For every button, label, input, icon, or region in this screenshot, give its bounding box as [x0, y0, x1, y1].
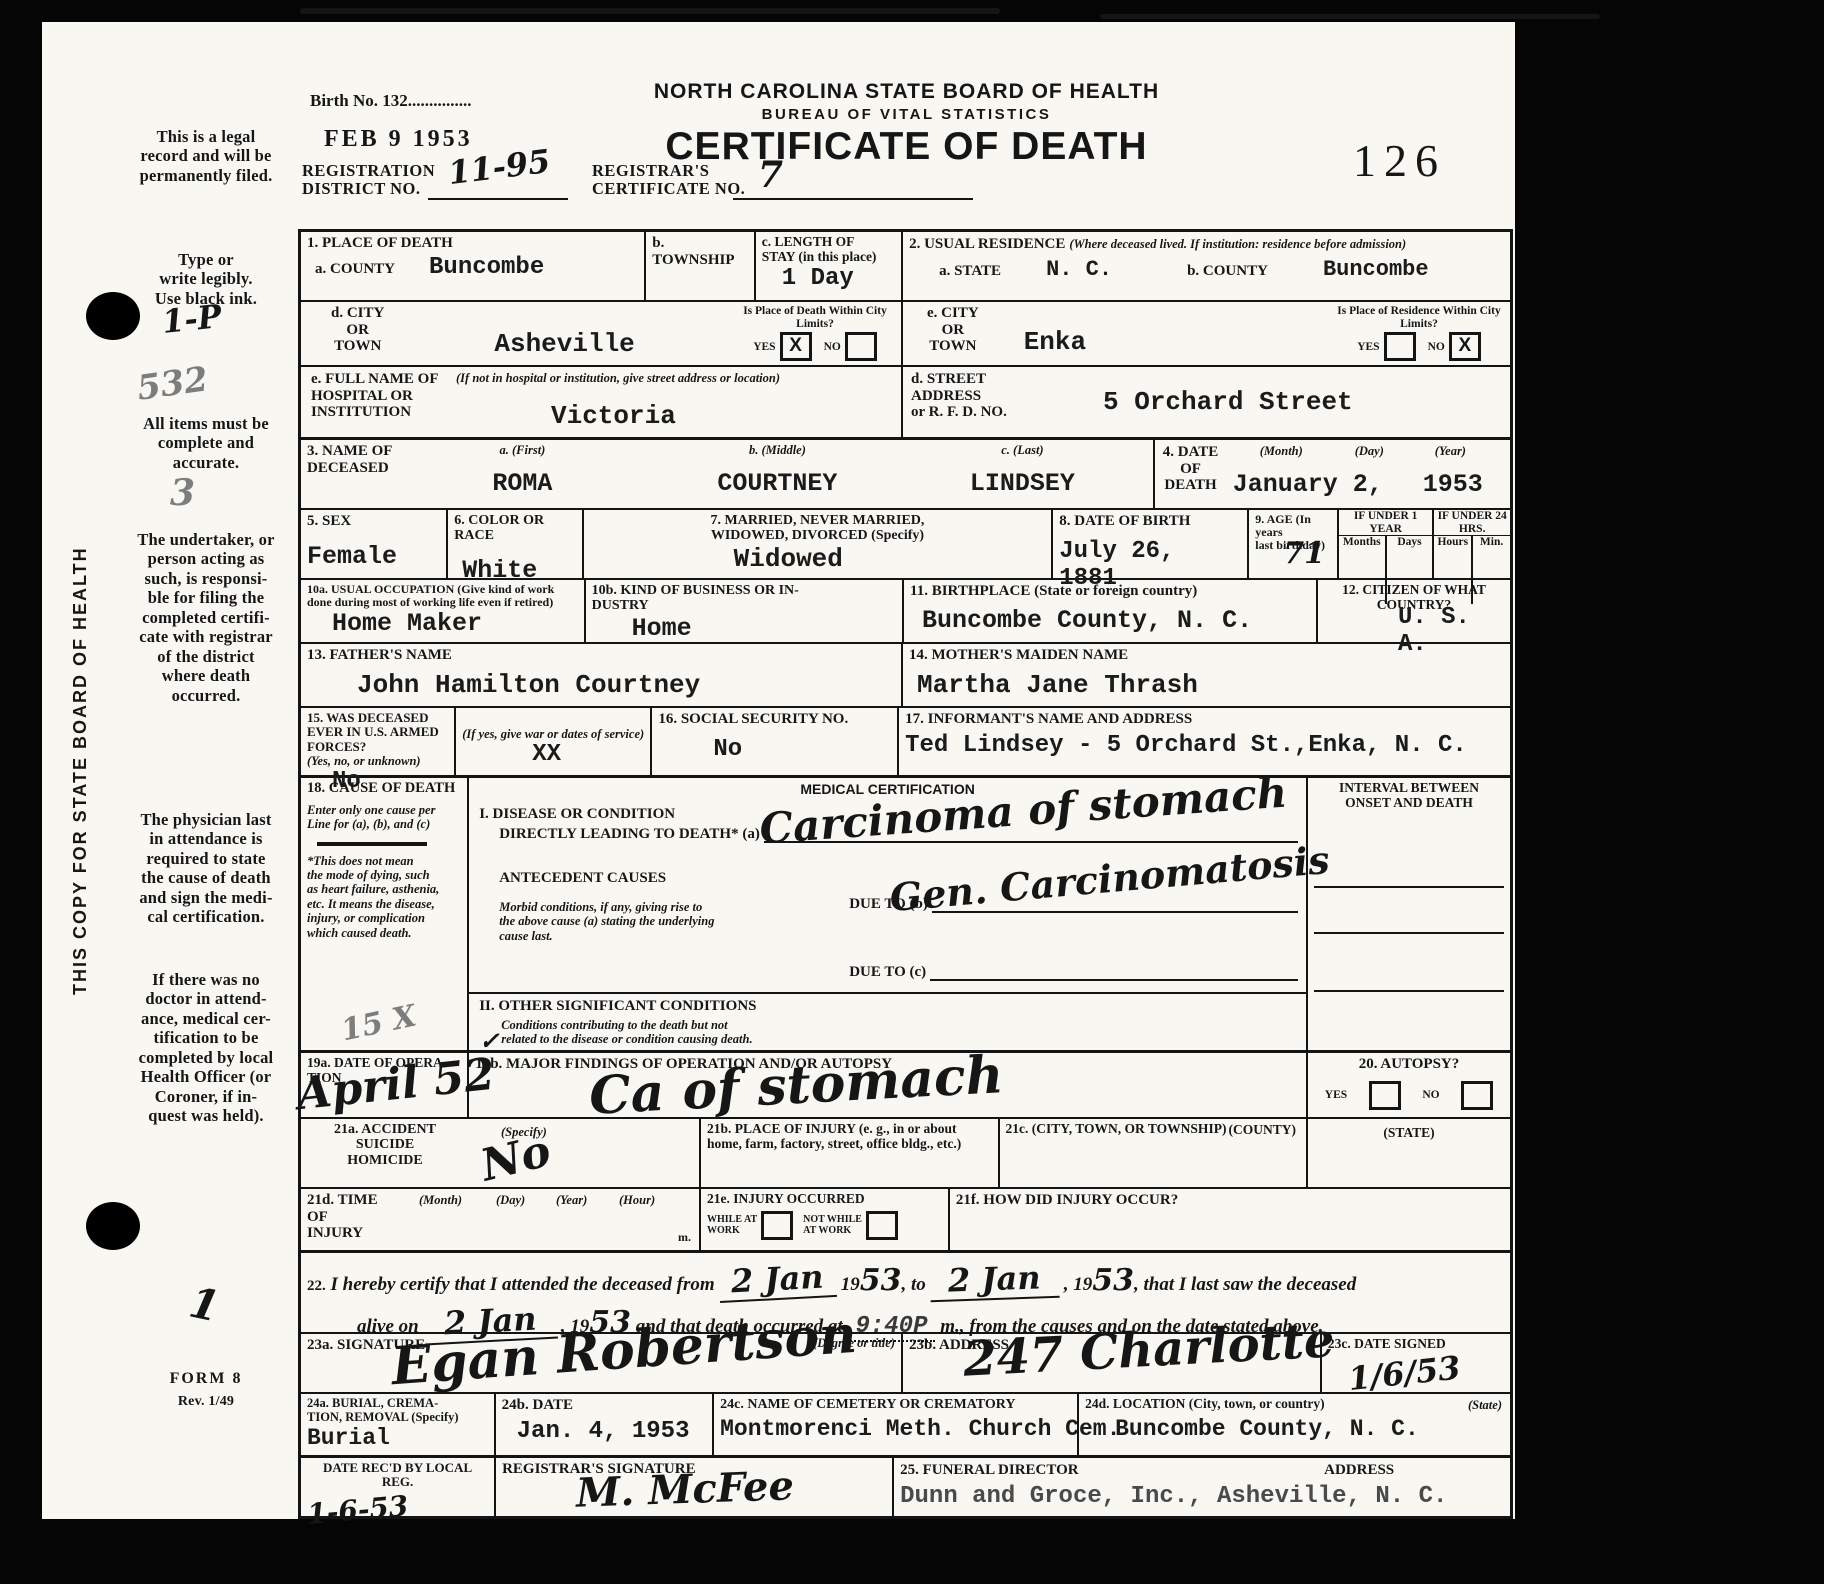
certificate-title: CERTIFICATE OF DEATH [298, 125, 1515, 169]
business-label: 10b. KIND OF BUSINESS OR IN- DUSTRY [592, 583, 896, 614]
field-accident-suicide-homicide: 21a. ACCIDENT SUICIDE HOMICIDE (Specify)… [301, 1119, 699, 1187]
cause-instruction: Enter only one cause per Line for (a), (… [307, 803, 461, 832]
county-label: a. COUNTY [315, 261, 395, 277]
death-limits-yes-label: YES [753, 341, 775, 353]
last-name-label: c. (Last) [922, 443, 1122, 457]
dod-month-label: (Month) [1260, 444, 1303, 458]
injury-state-label: (STATE) [1314, 1126, 1504, 1141]
interval-label: INTERVAL BETWEEN ONSET AND DEATH [1314, 781, 1504, 811]
margin-note-physician: The physician last in attendance is requ… [120, 810, 292, 927]
usual-residence-note: (Where deceased lived. If institution: r… [1069, 237, 1406, 251]
sex-label: 5. SEX [307, 513, 440, 530]
other-conditions-note: Conditions contributing to the death but… [501, 1018, 752, 1047]
field-informant: 17. INFORMANT'S NAME AND ADDRESS Ted Lin… [897, 708, 1510, 775]
field-injury-occurred: 21e. INJURY OCCURRED WHILE AT WORK NOT W… [699, 1189, 948, 1250]
informant-label: 17. INFORMANT'S NAME AND ADDRESS [905, 711, 1504, 728]
funeral-address-label: ADDRESS [1324, 1462, 1394, 1479]
row-occupation-birthplace: 10a. USUAL OCCUPATION (Give kind of work… [301, 578, 1510, 642]
marital-value: Widowed [734, 544, 843, 574]
how-injury-label: 21f. HOW DID INJURY OCCUR? [956, 1192, 1504, 1209]
scan-noise [1100, 14, 1600, 19]
location-label: 24d. LOCATION (City, town, or country) [1085, 1397, 1504, 1412]
registration-district-line [428, 198, 568, 200]
field-burial-date: 24b. DATE Jan. 4, 1953 [494, 1394, 712, 1455]
burial-value: Burial [307, 1425, 488, 1451]
interval-line-a [1314, 886, 1504, 888]
father-label: 13. FATHER'S NAME [307, 647, 895, 664]
row-time-of-injury: 21d. TIME OF INJURY (Month) (Day) (Year)… [301, 1187, 1510, 1250]
cause-footnote: *This does not mean the mode of dying, s… [307, 854, 461, 940]
field-race: 6. COLOR OR RACE White [446, 510, 581, 578]
scan-noise [300, 8, 1000, 14]
row-operation-autopsy: 19a. DATE OF OPERA- TION April 52 19b. M… [301, 1050, 1510, 1117]
antecedent-label: ANTECEDENT CAUSES [499, 870, 666, 887]
death-limits-group: Is Place of Death Within City Limits? YE… [735, 305, 895, 362]
funeral-director-value: Dunn and Groce, Inc., Asheville, N. C. [900, 1483, 1504, 1510]
row-sex-race-marital-dob-age: 5. SEX Female 6. COLOR OR RACE White 7. … [301, 508, 1510, 578]
margin-note-legal: This is a legal record and will be perma… [120, 127, 292, 185]
form-table: 1. PLACE OF DEATH a. COUNTY Buncombe b. … [298, 229, 1513, 1519]
cause-of-death-label: 18. CAUSE OF DEATH [307, 781, 461, 797]
armed-forces-sub: (Yes, no, or unknown) [307, 754, 448, 768]
row-hospital-street: e. FULL NAME OF HOSPITAL OR INSTITUTION … [301, 365, 1510, 437]
pencil-mark: 15 X [338, 999, 419, 1049]
form-number: FORM 8 [120, 1370, 292, 1389]
field-signature-address: 23b. ADDRESS 247 Charlotte [901, 1334, 1320, 1392]
registrar-certificate-line [733, 198, 973, 200]
field-injury-state: (STATE) [1306, 1119, 1510, 1187]
date-of-death-value: January 2, [1233, 470, 1383, 499]
row-signature: 23a. SIGNATURE Egan Robertson (Degree or… [301, 1332, 1510, 1392]
autopsy-yes-label: YES [1325, 1089, 1347, 1102]
org-title: NORTH CAROLINA STATE BOARD OF HEALTH [298, 80, 1515, 104]
margin-handwriting-1p: 1-P [160, 297, 223, 341]
field-cemetery: 24c. NAME OF CEMETERY OR CREMATORY Montm… [712, 1394, 1077, 1455]
cause-of-death-stub: 18. CAUSE OF DEATH Enter only one cause … [301, 778, 467, 1050]
cemetery-value: Montmorenci Meth. Church Cem. [720, 1416, 1071, 1442]
certify-to-value: 2 Jan [930, 1258, 1060, 1302]
residence-state-label: a. STATE [939, 263, 1001, 280]
margin-vertical-text: THIS COPY FOR STATE BOARD OF HEALTH [70, 420, 91, 995]
under-1-year-label: IF UNDER 1 YEAR [1339, 510, 1433, 536]
certificate-form: Birth No. 132............... FEB 9 1953 … [298, 22, 1515, 1519]
margin-handwriting-532: 532 [135, 359, 211, 408]
middle-name-value: COURTNEY [662, 469, 892, 498]
usual-residence-label: 2. USUAL RESIDENCE [909, 236, 1065, 252]
other-conditions-label: II. OTHER SIGNIFICANT CONDITIONS [479, 998, 756, 1015]
certify-text-3: , that I last saw the deceased [1134, 1274, 1356, 1295]
injury-year-label: (Year) [556, 1193, 587, 1207]
ssn-label: 16. SOCIAL SECURITY NO. [658, 711, 891, 728]
injury-county-label: (COUNTY) [1228, 1123, 1296, 1138]
certificate-page: THIS COPY FOR STATE BOARD OF HEALTH This… [42, 22, 1515, 1519]
due-c-label: DUE TO (c) [849, 964, 926, 981]
field-age: 9. AGE (In years last birthday) 71 [1247, 510, 1337, 578]
ssn-value: No [713, 736, 891, 763]
burial-label: 24a. BURIAL, CREMA- TION, REMOVAL (Speci… [307, 1397, 488, 1425]
margin-note-items: All items must be complete and accurate. [120, 414, 292, 472]
length-of-stay-value: 1 Day [782, 265, 895, 292]
cause-c-line [930, 979, 1298, 981]
burial-date-label: 24b. DATE [502, 1397, 706, 1414]
accident-label: 21a. ACCIDENT SUICIDE HOMICIDE [325, 1122, 445, 1168]
autopsy-label: 20. AUTOPSY? [1314, 1056, 1504, 1073]
war-service-label: (If yes, give war or dates of service) [462, 727, 644, 741]
certify-19b: , 19 [1064, 1274, 1093, 1295]
morbid-note: Morbid conditions, if any, giving rise t… [499, 900, 829, 943]
residence-limits-no-checkbox: X [1449, 332, 1481, 361]
burial-date-value: Jan. 4, 1953 [517, 1418, 706, 1445]
row-forces-ssn-informant: 15. WAS DECEASED EVER IN U.S. ARMED FORC… [301, 706, 1510, 775]
death-city-label: d. CITY OR TOWN [331, 305, 384, 362]
margin-note-undertaker: The undertaker, or person acting as such… [120, 530, 292, 705]
residence-city-value: Enka [1024, 327, 1086, 362]
residence-limits-question: Is Place of Residence Within City Limits… [1334, 305, 1504, 330]
field-date-signed: 23c. DATE SIGNED 1/6/53 [1320, 1334, 1510, 1392]
place-of-injury-label: 21b. PLACE OF INJURY (e. g., in or about… [707, 1122, 992, 1152]
death-city-value: Asheville [494, 329, 634, 362]
stub-divider [317, 842, 427, 846]
certify-to-year: 53 [1092, 1263, 1134, 1298]
degree-label: (Degree or title) [813, 1336, 895, 1350]
autopsy-yes-checkbox [1369, 1081, 1401, 1110]
business-value: Home [632, 614, 896, 643]
not-while-at-work-label: NOT WHILE AT WORK [803, 1214, 862, 1236]
medical-certification-cell: MEDICAL CERTIFICATION I. DISEASE OR COND… [467, 778, 1306, 1050]
field-war-service: (If yes, give war or dates of service) X… [454, 708, 650, 775]
field-registrar-signature: REGISTRAR'S SIGNATURE M. McFee [494, 1458, 892, 1516]
first-name-label: a. (First) [422, 443, 622, 457]
field-autopsy: 20. AUTOPSY? YES NO [1306, 1053, 1510, 1117]
armed-forces-label: 15. WAS DECEASED EVER IN U.S. ARMED FORC… [307, 711, 448, 754]
margin-note-doctor: If there was no doctor in attend- ance, … [120, 970, 292, 1126]
certify-from-year: 53 [860, 1263, 902, 1298]
due-c-row: DUE TO (c) [849, 964, 1302, 981]
date-of-death-label: 4. DATE OF DEATH [1163, 444, 1219, 494]
injury-month-label: (Month) [419, 1193, 462, 1207]
race-label: 6. COLOR OR RACE [454, 513, 575, 544]
form-revision: Rev. 1/49 [120, 1394, 292, 1411]
dod-day-label: (Day) [1355, 444, 1384, 458]
field-death-city: d. CITY OR TOWN Asheville Is Place of De… [301, 302, 901, 365]
autopsy-no-checkbox [1461, 1081, 1493, 1110]
row-place-residence: 1. PLACE OF DEATH a. COUNTY Buncombe b. … [301, 232, 1510, 300]
field-occupation: 10a. USUAL OCCUPATION (Give kind of work… [301, 580, 584, 642]
residence-county-label: b. COUNTY [1187, 263, 1268, 280]
death-limits-question: Is Place of Death Within City Limits? [735, 305, 895, 330]
residence-limits-group: Is Place of Residence Within City Limits… [1334, 305, 1504, 362]
death-limits-yes-checkbox: X [780, 332, 812, 361]
injury-day-label: (Day) [496, 1193, 525, 1207]
row-burial: 24a. BURIAL, CREMA- TION, REMOVAL (Speci… [301, 1392, 1510, 1455]
field-burial: 24a. BURIAL, CREMA- TION, REMOVAL (Speci… [301, 1394, 494, 1455]
street-address-value: 5 Orchard Street [1103, 387, 1353, 417]
dod-year-label: (Year) [1435, 444, 1466, 458]
place-of-death-label: 1. PLACE OF DEATH [307, 235, 638, 252]
field-citizen: 12. CITIZEN OF WHAT COUNTRY? U. S. A. [1316, 580, 1510, 642]
row-cause-of-death: 18. CAUSE OF DEATH Enter only one cause … [301, 775, 1510, 1050]
interval-line-c [1314, 990, 1504, 992]
field-name-of-deceased: 3. NAME OF DECEASED a. (First) ROMA b. (… [301, 440, 1153, 508]
death-limits-no-label: NO [824, 341, 841, 353]
field-funeral-director: 25. FUNERAL DIRECTOR ADDRESS Dunn and Gr… [892, 1458, 1510, 1516]
residence-limits-yes-label: YES [1357, 341, 1379, 353]
length-of-stay-label: c. LENGTH OF STAY (in this place) [762, 235, 895, 265]
field-father-name: 13. FATHER'S NAME John Hamilton Courtney [301, 644, 901, 706]
bureau-subtitle: BUREAU OF VITAL STATISTICS [298, 106, 1515, 123]
residence-limits-no-label: NO [1428, 341, 1445, 353]
field-residence-city: e. CITY OR TOWN Enka Is Place of Residen… [901, 302, 1510, 365]
name-of-deceased-label: 3. NAME OF DECEASED [307, 443, 392, 505]
row-city-limits: d. CITY OR TOWN Asheville Is Place of De… [301, 300, 1510, 365]
field-place-of-death-county: 1. PLACE OF DEATH a. COUNTY Buncombe [301, 232, 644, 300]
while-at-work-checkbox [761, 1211, 793, 1240]
birthplace-label: 11. BIRTHPLACE (State or foreign country… [910, 583, 1310, 600]
field-date-received: DATE REC'D BY LOCAL REG. 1-6-53 [301, 1458, 494, 1516]
informant-value: Ted Lindsey - 5 Orchard St.,Enka, N. C. [905, 732, 1504, 759]
hospital-label: e. FULL NAME OF HOSPITAL OR INSTITUTION [311, 371, 439, 421]
date-signed-value: 1/6/53 [1346, 1344, 1505, 1398]
field-business: 10b. KIND OF BUSINESS OR IN- DUSTRY Home [584, 580, 902, 642]
field-sex: 5. SEX Female [301, 510, 446, 578]
funeral-director-label: 25. FUNERAL DIRECTOR [900, 1462, 1079, 1479]
punch-hole-bottom [86, 1202, 140, 1250]
first-name-value: ROMA [422, 469, 622, 498]
field-time-of-injury: 21d. TIME OF INJURY (Month) (Day) (Year)… [301, 1189, 699, 1250]
mother-value: Martha Jane Thrash [917, 670, 1504, 700]
field-township: b. TOWNSHIP [644, 232, 754, 300]
middle-name-label: b. (Middle) [662, 443, 892, 457]
sex-value: Female [307, 542, 440, 571]
occupation-label: 10a. USUAL OCCUPATION (Give kind of work… [307, 583, 578, 609]
certify-number: 22. [307, 1278, 326, 1294]
age-value: 71 [1283, 536, 1325, 571]
margin-handwriting-1: 1 [185, 1277, 224, 1331]
interval-line-b [1314, 932, 1504, 934]
field-date-of-birth: 8. DATE OF BIRTH July 26, 1881 [1051, 510, 1247, 578]
autopsy-no-label: NO [1422, 1089, 1439, 1102]
field-marital-status: 7. MARRIED, NEVER MARRIED, WIDOWED, DIVO… [582, 510, 1052, 578]
field-date-of-death: 4. DATE OF DEATH (Month) (Day) (Year) Ja… [1153, 440, 1510, 508]
war-service-value: XX [532, 741, 644, 768]
residence-state-value: N. C. [1046, 257, 1112, 282]
while-at-work-label: WHILE AT WORK [707, 1214, 757, 1236]
field-hospital: e. FULL NAME OF HOSPITAL OR INSTITUTION … [301, 367, 901, 437]
field-operation-date: 19a. DATE OF OPERA- TION April 52 [301, 1053, 467, 1117]
marital-label: 7. MARRIED, NEVER MARRIED, WIDOWED, DIVO… [590, 513, 1046, 544]
field-usual-residence: 2. USUAL RESIDENCE (Where deceased lived… [901, 232, 1510, 300]
street-address-label: d. STREET ADDRESS or R. F. D. NO. [911, 371, 1007, 421]
row-parents: 13. FATHER'S NAME John Hamilton Courtney… [301, 642, 1510, 706]
row-accident: 21a. ACCIDENT SUICIDE HOMICIDE (Specify)… [301, 1117, 1510, 1187]
mother-label: 14. MOTHER'S MAIDEN NAME [909, 647, 1504, 664]
margin-handwriting-3: 3 [170, 472, 195, 514]
field-armed-forces: 15. WAS DECEASED EVER IN U.S. ARMED FORC… [301, 708, 454, 775]
field-ssn: 16. SOCIAL SECURITY NO. No [650, 708, 897, 775]
interval-cell: INTERVAL BETWEEN ONSET AND DEATH [1306, 778, 1510, 1050]
certify-text-2: , to [901, 1274, 925, 1295]
field-how-injury-occurred: 21f. HOW DID INJURY OCCUR? [948, 1189, 1510, 1250]
residence-limits-yes-checkbox [1384, 332, 1416, 361]
occupation-value: Home Maker [332, 609, 578, 638]
father-value: John Hamilton Courtney [357, 670, 895, 700]
field-birthplace: 11. BIRTHPLACE (State or foreign country… [902, 580, 1316, 642]
row-received-funeral: DATE REC'D BY LOCAL REG. 1-6-53 REGISTRA… [301, 1455, 1510, 1516]
disease-label-2: DIRECTLY LEADING TO DEATH* (a) [499, 826, 760, 843]
field-street-address: d. STREET ADDRESS or R. F. D. NO. 5 Orch… [901, 367, 1510, 437]
certify-text-1: I hereby certify that I attended the dec… [331, 1274, 715, 1295]
field-signature: 23a. SIGNATURE Egan Robertson (Degree or… [301, 1334, 901, 1392]
row-name-dod: 3. NAME OF DECEASED a. (First) ROMA b. (… [301, 437, 1510, 508]
certify-19a: 19 [841, 1274, 860, 1295]
field-injury-city: 21c. (CITY, TOWN, OR TOWNSHIP) (COUNTY) [998, 1119, 1306, 1187]
hospital-note: (If not in hospital or institution, give… [456, 371, 886, 385]
dob-label: 8. DATE OF BIRTH [1059, 513, 1241, 530]
field-major-findings: 19b. MAJOR FINDINGS OF OPERATION AND/OR … [467, 1053, 1306, 1117]
certify-from-value: 2 Jan [718, 1257, 836, 1303]
last-name-value: LINDSEY [922, 469, 1122, 498]
field-length-of-stay: c. LENGTH OF STAY (in this place) 1 Day [754, 232, 901, 300]
field-place-of-injury: 21b. PLACE OF INJURY (e. g., in or about… [699, 1119, 998, 1187]
hospital-value: Victoria [551, 401, 676, 431]
location-value: Buncombe County, N. C. [1115, 1416, 1504, 1442]
accident-value: No [476, 1125, 556, 1191]
section-divider [469, 992, 1306, 994]
cemetery-label: 24c. NAME OF CEMETERY OR CREMATORY [720, 1397, 1071, 1412]
injury-occurred-label: 21e. INJURY OCCURRED [707, 1192, 942, 1207]
serial-number: 126 [1353, 134, 1446, 187]
location-state-label: (State) [1468, 1398, 1502, 1412]
death-limits-no-checkbox [845, 332, 877, 361]
disease-label-1: I. DISEASE OR CONDITION [479, 806, 675, 823]
county-value: Buncombe [429, 254, 544, 281]
date-of-death-year: 1953 [1423, 470, 1483, 499]
township-label: b. TOWNSHIP [652, 235, 748, 268]
birthplace-value: Buncombe County, N. C. [922, 606, 1310, 635]
field-mother-name: 14. MOTHER'S MAIDEN NAME Martha Jane Thr… [901, 644, 1510, 706]
field-cemetery-location: 24d. LOCATION (City, town, or country) (… [1077, 1394, 1510, 1455]
residence-city-label: e. CITY OR TOWN [927, 305, 979, 362]
injury-hour-label: (Hour) [619, 1193, 655, 1207]
injury-m-label: m. [678, 1231, 691, 1244]
under-24-hrs-label: IF UNDER 24 HRS. [1434, 510, 1510, 536]
registrar-signature-value: M. McFee [575, 1462, 794, 1517]
field-if-under-1-year: IF UNDER 1 YEAR Months Days [1337, 510, 1433, 578]
field-if-under-24-hrs: IF UNDER 24 HRS. Hours Min. [1432, 510, 1510, 578]
not-while-at-work-checkbox [866, 1211, 898, 1240]
residence-county-value: Buncombe [1323, 257, 1429, 282]
